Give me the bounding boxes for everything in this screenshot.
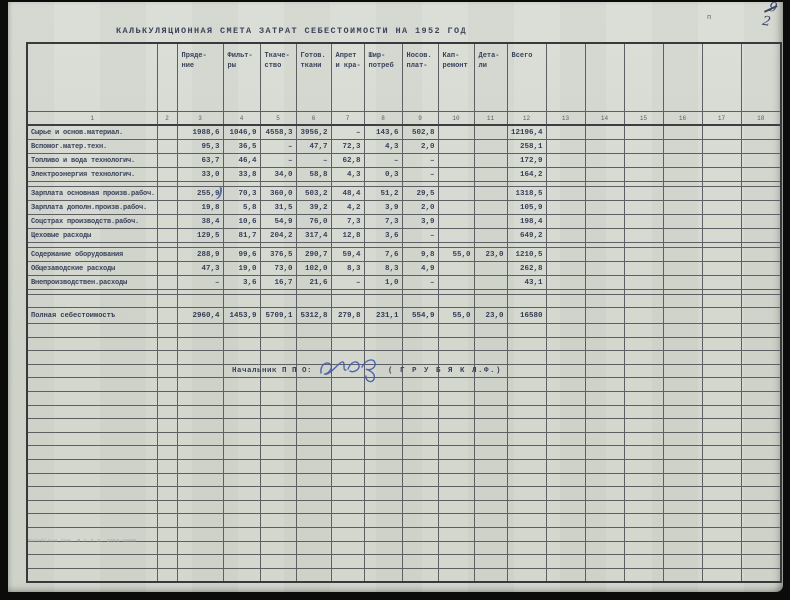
empty-cell xyxy=(741,215,781,229)
empty-cell xyxy=(364,295,402,308)
column-header: Ткаче- ство xyxy=(260,43,296,112)
value-cell: 43,1 xyxy=(507,276,546,290)
empty-cell xyxy=(177,351,223,365)
handwritten-signature xyxy=(318,353,386,383)
empty-cell xyxy=(474,446,507,460)
empty-cell xyxy=(585,446,624,460)
empty-cell xyxy=(624,295,663,308)
empty-cell xyxy=(507,391,546,405)
empty-ruled-row xyxy=(27,419,781,433)
empty-cell xyxy=(624,568,663,582)
value-cell: 31,5 xyxy=(260,201,296,215)
empty-cell xyxy=(157,527,177,541)
table-row: Сырье и основ.материал.1988,61046,94558,… xyxy=(27,125,781,140)
value-cell: 54,9 xyxy=(260,215,296,229)
empty-cell xyxy=(663,527,702,541)
empty-cell xyxy=(296,473,331,487)
empty-cell xyxy=(296,405,331,419)
empty-cell xyxy=(624,308,663,324)
empty-cell xyxy=(474,568,507,582)
empty-cell xyxy=(624,378,663,392)
empty-cell xyxy=(474,500,507,514)
empty-cell xyxy=(663,308,702,324)
value-cell: 73,0 xyxy=(260,262,296,276)
empty-cell xyxy=(741,295,781,308)
empty-cell xyxy=(177,378,223,392)
value-cell: 3,9 xyxy=(402,215,438,229)
empty-cell xyxy=(364,487,402,501)
empty-cell xyxy=(364,473,402,487)
value-cell xyxy=(438,229,474,243)
empty-cell xyxy=(702,527,741,541)
row-label: Электроэнергия технологич. xyxy=(27,168,157,182)
value-cell: 59,4 xyxy=(331,248,364,262)
pen-stroke-mark xyxy=(209,187,223,201)
empty-cell xyxy=(741,187,781,201)
empty-cell xyxy=(585,364,624,378)
empty-ruled-row xyxy=(27,555,781,569)
empty-cell xyxy=(296,419,331,433)
value-cell xyxy=(438,262,474,276)
empty-cell xyxy=(402,514,438,528)
empty-cell xyxy=(157,419,177,433)
value-cell: – xyxy=(402,229,438,243)
empty-cell xyxy=(438,568,474,582)
value-cell: – xyxy=(177,276,223,290)
table-row: Зарплата основная произв.рабоч.255,970,3… xyxy=(27,187,781,201)
empty-cell xyxy=(402,568,438,582)
empty-cell xyxy=(702,378,741,392)
empty-cell xyxy=(331,391,364,405)
column-number: 9 xyxy=(402,112,438,126)
table-row: Топливо и вода технологич.63,746,4––62,8… xyxy=(27,154,781,168)
empty-cell xyxy=(157,262,177,276)
empty-cell xyxy=(663,364,702,378)
empty-cell xyxy=(546,555,585,569)
empty-cell xyxy=(702,168,741,182)
empty-cell xyxy=(331,337,364,351)
empty-cell xyxy=(27,432,157,446)
empty-cell xyxy=(702,337,741,351)
column-number: 18 xyxy=(741,112,781,126)
value-cell xyxy=(474,187,507,201)
value-cell xyxy=(474,215,507,229)
empty-cell xyxy=(546,446,585,460)
empty-ruled-row xyxy=(27,324,781,338)
empty-cell xyxy=(507,500,546,514)
column-number: 2 xyxy=(157,112,177,126)
value-cell: – xyxy=(402,154,438,168)
value-cell: – xyxy=(260,140,296,154)
empty-cell xyxy=(741,337,781,351)
empty-cell xyxy=(474,337,507,351)
empty-cell xyxy=(157,140,177,154)
empty-cell xyxy=(585,568,624,582)
empty-cell xyxy=(331,459,364,473)
empty-cell xyxy=(474,419,507,433)
table-row: Зарплата дополн.произв.рабоч.19,85,831,5… xyxy=(27,201,781,215)
value-cell: 8,3 xyxy=(364,262,402,276)
empty-cell xyxy=(624,276,663,290)
empty-cell xyxy=(296,568,331,582)
empty-cell xyxy=(177,541,223,555)
empty-cell xyxy=(507,446,546,460)
empty-cell xyxy=(741,405,781,419)
empty-cell xyxy=(702,351,741,365)
empty-cell xyxy=(331,487,364,501)
empty-cell xyxy=(624,248,663,262)
empty-cell xyxy=(624,215,663,229)
empty-cell xyxy=(364,541,402,555)
column-number: 4 xyxy=(223,112,260,126)
empty-cell xyxy=(331,432,364,446)
empty-cell xyxy=(546,201,585,215)
signature-line: Начальник П П О: ( Г Р У Б Я К Л.Ф.) xyxy=(232,354,502,388)
empty-cell xyxy=(624,555,663,569)
empty-cell xyxy=(438,527,474,541)
header-cell-empty xyxy=(624,43,663,112)
empty-cell xyxy=(223,405,260,419)
empty-cell xyxy=(223,337,260,351)
empty-cell xyxy=(223,514,260,528)
empty-cell xyxy=(157,487,177,501)
empty-cell xyxy=(27,295,157,308)
column-number: 13 xyxy=(546,112,585,126)
empty-cell xyxy=(546,262,585,276)
empty-cell xyxy=(702,514,741,528)
empty-cell xyxy=(663,351,702,365)
value-cell xyxy=(438,215,474,229)
value-cell xyxy=(438,154,474,168)
empty-cell xyxy=(507,568,546,582)
empty-cell xyxy=(27,473,157,487)
empty-cell xyxy=(702,324,741,338)
empty-cell xyxy=(157,391,177,405)
document-title: КАЛЬКУЛЯЦИОННАЯ СМЕТА ЗАТРАТ СЕБЕСТОИМОС… xyxy=(116,26,467,36)
empty-cell xyxy=(624,337,663,351)
value-cell: 1046,9 xyxy=(223,125,260,140)
empty-cell xyxy=(741,229,781,243)
empty-cell xyxy=(177,459,223,473)
empty-cell xyxy=(702,446,741,460)
empty-cell xyxy=(624,324,663,338)
value-cell xyxy=(474,201,507,215)
column-number-row: 123456789101112131415161718 xyxy=(27,112,781,126)
empty-cell xyxy=(663,568,702,582)
empty-cell xyxy=(663,168,702,182)
empty-cell xyxy=(702,541,741,555)
header-cell-empty xyxy=(546,43,585,112)
empty-cell xyxy=(296,432,331,446)
empty-cell xyxy=(663,276,702,290)
empty-cell xyxy=(507,541,546,555)
empty-cell xyxy=(364,324,402,338)
row-label: Содержание оборудования xyxy=(27,248,157,262)
empty-cell xyxy=(624,364,663,378)
empty-cell xyxy=(702,140,741,154)
empty-cell xyxy=(585,337,624,351)
empty-cell xyxy=(157,187,177,201)
value-cell xyxy=(438,276,474,290)
empty-cell xyxy=(177,364,223,378)
empty-cell xyxy=(260,568,296,582)
empty-cell xyxy=(741,248,781,262)
value-cell: 0,3 xyxy=(364,168,402,182)
total-value-cell: 2960,4 xyxy=(177,308,223,324)
empty-cell xyxy=(624,514,663,528)
table-row: Общезаводские расходы47,319,073,0102,08,… xyxy=(27,262,781,276)
empty-cell xyxy=(27,378,157,392)
row-label: Зарплата дополн.произв.рабоч. xyxy=(27,201,157,215)
empty-cell xyxy=(260,419,296,433)
empty-cell xyxy=(546,337,585,351)
column-number: 15 xyxy=(624,112,663,126)
value-cell: 105,9 xyxy=(507,201,546,215)
empty-cell xyxy=(438,514,474,528)
value-cell: 81,7 xyxy=(223,229,260,243)
table-row: Внепроизводствен.расходы–3,616,721,6–1,0… xyxy=(27,276,781,290)
column-number: 14 xyxy=(585,112,624,126)
empty-cell xyxy=(157,125,177,140)
empty-cell xyxy=(296,541,331,555)
empty-cell xyxy=(331,555,364,569)
empty-cell xyxy=(260,405,296,419)
value-cell: 48,4 xyxy=(331,187,364,201)
empty-cell xyxy=(364,337,402,351)
value-cell: 1,0 xyxy=(364,276,402,290)
column-header: Кап- ремонт xyxy=(438,43,474,112)
value-cell: 290,7 xyxy=(296,248,331,262)
empty-cell xyxy=(223,555,260,569)
empty-cell xyxy=(624,432,663,446)
empty-cell xyxy=(507,405,546,419)
empty-cell xyxy=(474,459,507,473)
empty-cell xyxy=(438,391,474,405)
empty-cell xyxy=(402,432,438,446)
value-cell: 47,3 xyxy=(177,262,223,276)
empty-cell xyxy=(27,514,157,528)
empty-cell xyxy=(624,187,663,201)
value-cell xyxy=(438,140,474,154)
empty-cell xyxy=(546,473,585,487)
empty-cell xyxy=(546,187,585,201)
value-cell: 4,3 xyxy=(364,140,402,154)
value-cell: 46,4 xyxy=(223,154,260,168)
value-cell: 34,0 xyxy=(260,168,296,182)
empty-cell xyxy=(474,473,507,487)
empty-cell xyxy=(27,487,157,501)
empty-cell xyxy=(546,154,585,168)
empty-cell xyxy=(663,324,702,338)
empty-cell xyxy=(507,337,546,351)
value-cell: 7,3 xyxy=(331,215,364,229)
value-cell xyxy=(438,187,474,201)
empty-cell xyxy=(27,351,157,365)
empty-cell xyxy=(157,473,177,487)
column-number: 10 xyxy=(438,112,474,126)
value-cell xyxy=(474,276,507,290)
column-header: Носов. плат- xyxy=(402,43,438,112)
total-value-cell: 55,0 xyxy=(438,308,474,324)
empty-cell xyxy=(296,500,331,514)
empty-cell xyxy=(546,378,585,392)
empty-cell xyxy=(402,337,438,351)
header-cell-empty xyxy=(157,43,177,112)
empty-cell xyxy=(741,514,781,528)
row-label: Сырье и основ.материал. xyxy=(27,125,157,140)
total-value-cell: 231,1 xyxy=(364,308,402,324)
empty-cell xyxy=(27,555,157,569)
row-label: Общезаводские расходы xyxy=(27,262,157,276)
empty-cell xyxy=(157,324,177,338)
empty-cell xyxy=(296,324,331,338)
empty-cell xyxy=(474,541,507,555)
value-cell: 39,2 xyxy=(296,201,331,215)
empty-cell xyxy=(585,154,624,168)
empty-cell xyxy=(702,568,741,582)
empty-cell xyxy=(663,487,702,501)
empty-cell xyxy=(702,487,741,501)
empty-cell xyxy=(702,308,741,324)
empty-cell xyxy=(260,487,296,501)
empty-cell xyxy=(507,295,546,308)
empty-cell xyxy=(741,432,781,446)
value-cell: 70,3 xyxy=(223,187,260,201)
column-header: Дета- ли xyxy=(474,43,507,112)
empty-cell xyxy=(260,541,296,555)
header-cell-empty xyxy=(585,43,624,112)
empty-cell xyxy=(585,276,624,290)
empty-cell xyxy=(438,541,474,555)
value-cell: 76,0 xyxy=(296,215,331,229)
empty-cell xyxy=(507,487,546,501)
empty-cell xyxy=(474,487,507,501)
empty-cell xyxy=(546,568,585,582)
empty-cell xyxy=(157,459,177,473)
empty-cell xyxy=(585,500,624,514)
empty-cell xyxy=(624,168,663,182)
value-cell: 376,5 xyxy=(260,248,296,262)
value-cell: 172,9 xyxy=(507,154,546,168)
empty-cell xyxy=(546,229,585,243)
empty-ruled-row xyxy=(27,337,781,351)
value-cell: 2,0 xyxy=(402,140,438,154)
empty-cell xyxy=(157,215,177,229)
empty-cell xyxy=(702,276,741,290)
value-cell: 102,0 xyxy=(296,262,331,276)
empty-cell xyxy=(296,337,331,351)
empty-cell xyxy=(585,229,624,243)
empty-cell xyxy=(260,500,296,514)
value-cell: 4,9 xyxy=(402,262,438,276)
empty-cell xyxy=(27,337,157,351)
empty-cell xyxy=(331,473,364,487)
row-label: Соцстрах производств.рабоч. xyxy=(27,215,157,229)
empty-cell xyxy=(546,391,585,405)
empty-cell xyxy=(296,295,331,308)
table-row: Содержание оборудования288,999,6376,5290… xyxy=(27,248,781,262)
total-value-cell: 1453,9 xyxy=(223,308,260,324)
empty-cell xyxy=(546,308,585,324)
empty-cell xyxy=(624,527,663,541)
value-cell: 317,4 xyxy=(296,229,331,243)
empty-cell xyxy=(663,391,702,405)
empty-cell xyxy=(27,568,157,582)
empty-cell xyxy=(663,187,702,201)
empty-cell xyxy=(331,295,364,308)
value-cell: 198,4 xyxy=(507,215,546,229)
empty-cell xyxy=(402,446,438,460)
column-number: 5 xyxy=(260,112,296,126)
empty-cell xyxy=(331,500,364,514)
empty-cell xyxy=(177,391,223,405)
empty-cell xyxy=(624,446,663,460)
column-header: Апрет и кра- xyxy=(331,43,364,112)
column-number: 11 xyxy=(474,112,507,126)
value-cell: 38,4 xyxy=(177,215,223,229)
row-label: Цеховые расходы xyxy=(27,229,157,243)
empty-cell xyxy=(585,168,624,182)
empty-cell xyxy=(438,487,474,501)
empty-cell xyxy=(402,391,438,405)
empty-cell xyxy=(331,405,364,419)
empty-cell xyxy=(474,432,507,446)
empty-ruled-row xyxy=(27,487,781,501)
value-cell: 72,3 xyxy=(331,140,364,154)
value-cell: 36,5 xyxy=(223,140,260,154)
value-cell: – xyxy=(331,125,364,140)
value-cell: – xyxy=(331,276,364,290)
empty-cell xyxy=(331,419,364,433)
empty-cell xyxy=(331,324,364,338)
value-cell: – xyxy=(402,276,438,290)
empty-cell xyxy=(260,459,296,473)
empty-cell xyxy=(741,541,781,555)
empty-cell xyxy=(402,541,438,555)
empty-cell xyxy=(663,405,702,419)
empty-cell xyxy=(546,125,585,140)
row-label: Топливо и вода технологич. xyxy=(27,154,157,168)
empty-cell xyxy=(546,140,585,154)
empty-cell xyxy=(741,555,781,569)
empty-ruled-row xyxy=(27,446,781,460)
value-cell: 55,0 xyxy=(438,248,474,262)
empty-cell xyxy=(585,459,624,473)
value-cell: 62,8 xyxy=(331,154,364,168)
empty-cell xyxy=(663,295,702,308)
value-cell: 2,0 xyxy=(402,201,438,215)
empty-cell xyxy=(585,125,624,140)
empty-cell xyxy=(402,405,438,419)
empty-cell xyxy=(741,446,781,460)
value-cell: 47,7 xyxy=(296,140,331,154)
value-cell: 8,3 xyxy=(331,262,364,276)
empty-cell xyxy=(741,308,781,324)
empty-cell xyxy=(474,391,507,405)
value-cell: 58,8 xyxy=(296,168,331,182)
empty-cell xyxy=(624,351,663,365)
empty-cell xyxy=(585,432,624,446)
empty-cell xyxy=(507,459,546,473)
empty-cell xyxy=(177,555,223,569)
empty-cell xyxy=(741,419,781,433)
empty-cell xyxy=(585,262,624,276)
empty-cell xyxy=(585,527,624,541)
empty-cell xyxy=(624,262,663,276)
value-cell: 1210,5 xyxy=(507,248,546,262)
empty-cell xyxy=(585,378,624,392)
empty-cell xyxy=(296,487,331,501)
